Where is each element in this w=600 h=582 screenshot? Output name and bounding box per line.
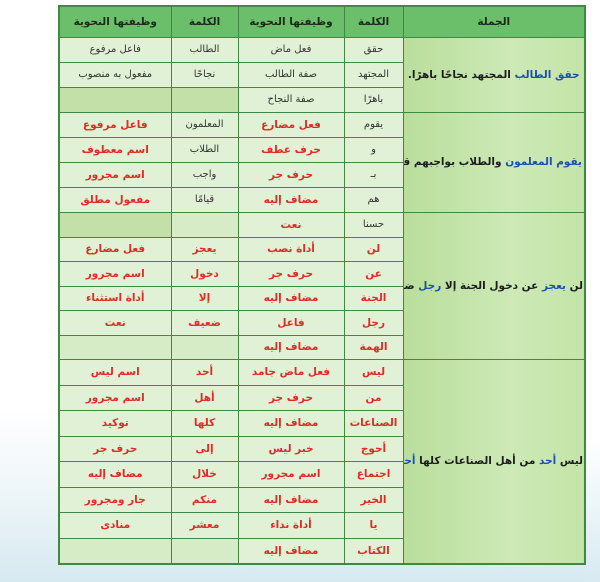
word-cell: باهرًا: [344, 88, 403, 113]
function-cell-2: اسم مجرور: [59, 262, 171, 287]
sentence-highlight: يقوم المعلمون: [505, 156, 582, 168]
function-cell: خبر ليس: [238, 436, 344, 462]
function-cell: مضاف إليه: [238, 487, 344, 513]
function-cell: مضاف إليه: [238, 286, 344, 311]
word-cell-2: خلال: [171, 462, 238, 488]
background-edge: [584, 0, 600, 582]
word-cell: من: [344, 385, 403, 411]
word-cell: الجنة: [344, 286, 403, 311]
empty-cell: [59, 335, 171, 360]
word-cell-2: المعلمون: [171, 113, 238, 138]
word-cell: الكتاب: [344, 538, 403, 564]
word-cell: يا: [344, 513, 403, 539]
function-cell: حرف عطف: [238, 138, 344, 163]
word-cell: أحوج: [344, 436, 403, 462]
empty-cell: [171, 88, 238, 113]
word-cell: الصناعات: [344, 411, 403, 437]
header-sentence: الجملة: [403, 6, 585, 38]
function-cell-2: منادى: [59, 513, 171, 539]
sentence-highlight: أحوج: [403, 455, 416, 467]
sentence-highlight: يعجز: [542, 280, 566, 292]
word-cell-2: ضعيف: [171, 311, 238, 336]
function-cell-2: أداة استثناء: [59, 286, 171, 311]
word-cell-2: منكم: [171, 487, 238, 513]
sentence-highlight: رجل: [418, 280, 441, 292]
sentence-cell-4: ليس أحد من أهل الصناعات كلها أحوج إلى اج…: [403, 360, 585, 565]
word-cell-2: نجاحًا: [171, 63, 238, 88]
sentence-text: لن: [566, 280, 583, 292]
sentence-text: ليس: [556, 455, 583, 467]
sentence-text: عن دخول الجنة إلا: [441, 280, 542, 292]
header-function-2: وظيفتها النحوية: [59, 6, 171, 38]
word-cell-2: دخول: [171, 262, 238, 287]
function-cell: حرف جر: [238, 385, 344, 411]
function-cell: حرف جر: [238, 262, 344, 287]
word-cell: و: [344, 138, 403, 163]
function-cell-2: مضاف إليه: [59, 462, 171, 488]
sentence-highlight: أحد: [539, 455, 556, 467]
function-cell-2: حرف جر: [59, 436, 171, 462]
word-cell-2: واجب: [171, 163, 238, 188]
grammar-analysis-table: الجملة الكلمة وظيفتها النحوية الكلمة وظي…: [58, 5, 586, 565]
function-cell-2: فعل مضارع: [59, 237, 171, 262]
function-cell-2: مفعول به منصوب: [59, 63, 171, 88]
empty-cell: [171, 538, 238, 564]
sentence-text: والطلاب بواجبهم قيامًا حسنًا.: [403, 156, 505, 168]
function-cell-2: اسم مجرور: [59, 163, 171, 188]
function-cell-2: اسم معطوف: [59, 138, 171, 163]
function-cell-2: جار ومجرور: [59, 487, 171, 513]
word-cell: حقق: [344, 38, 403, 63]
header-word-2: الكلمة: [171, 6, 238, 38]
word-cell-2: أحد: [171, 360, 238, 386]
function-cell: فعل ماض جامد: [238, 360, 344, 386]
empty-cell: [171, 335, 238, 360]
function-cell-2: توكيد: [59, 411, 171, 437]
function-cell: مضاف إليه: [238, 411, 344, 437]
word-cell-2: الطالب: [171, 38, 238, 63]
word-cell: اجتماع: [344, 462, 403, 488]
sentence-text: ضعيف الهمة.: [403, 280, 418, 292]
word-cell: الهمة: [344, 335, 403, 360]
function-cell-2: اسم مجرور: [59, 385, 171, 411]
function-cell: حرف جر: [238, 163, 344, 188]
function-cell-2: اسم ليس: [59, 360, 171, 386]
function-cell: فعل مضارع: [238, 113, 344, 138]
function-cell: فاعل: [238, 311, 344, 336]
table-row: حقق الطالب المجتهد نجاحًا باهرًا. حقق فع…: [59, 38, 585, 63]
word-cell-2: الطلاب: [171, 138, 238, 163]
header-function: وظيفتها النحوية: [238, 6, 344, 38]
word-cell: المجتهد: [344, 63, 403, 88]
word-cell-2: إلا: [171, 286, 238, 311]
function-cell: صفة النجاح: [238, 88, 344, 113]
function-cell-2: نعت: [59, 311, 171, 336]
empty-cell: [59, 88, 171, 113]
function-cell: مضاف إليه: [238, 188, 344, 213]
word-cell-2: إلى: [171, 436, 238, 462]
header-row: الجملة الكلمة وظيفتها النحوية الكلمة وظي…: [59, 6, 585, 38]
empty-cell: [59, 213, 171, 238]
table-row: لن يعجز عن دخول الجنة إلا رجل ضعيف الهمة…: [59, 213, 585, 238]
sentence-cell-3: لن يعجز عن دخول الجنة إلا رجل ضعيف الهمة…: [403, 213, 585, 360]
function-cell-2: فاعل مرفوع: [59, 38, 171, 63]
word-cell-2: يعجز: [171, 237, 238, 262]
function-cell: مضاف إليه: [238, 538, 344, 564]
function-cell: فعل ماض: [238, 38, 344, 63]
empty-cell: [59, 538, 171, 564]
function-cell: مضاف إليه: [238, 335, 344, 360]
function-cell: صفة الطالب: [238, 63, 344, 88]
word-cell: بـ: [344, 163, 403, 188]
word-cell: عن: [344, 262, 403, 287]
header-word: الكلمة: [344, 6, 403, 38]
function-cell-2: مفعول مطلق: [59, 188, 171, 213]
word-cell-2: معشر: [171, 513, 238, 539]
sentence-text: المجتهد نجاحًا باهرًا.: [408, 69, 515, 81]
function-cell: أداة نصب: [238, 237, 344, 262]
function-cell: اسم مجرور: [238, 462, 344, 488]
sentence-cell-1: حقق الطالب المجتهد نجاحًا باهرًا.: [403, 38, 585, 113]
word-cell: يقوم: [344, 113, 403, 138]
function-cell: أداة نداء: [238, 513, 344, 539]
word-cell: الخير: [344, 487, 403, 513]
word-cell: حسنا: [344, 213, 403, 238]
empty-cell: [171, 213, 238, 238]
sentence-highlight: حقق الطالب: [515, 69, 580, 81]
word-cell-2: أهل: [171, 385, 238, 411]
word-cell-2: كلها: [171, 411, 238, 437]
function-cell-2: فاعل مرفوع: [59, 113, 171, 138]
word-cell: لن: [344, 237, 403, 262]
sentence-cell-2: يقوم المعلمون والطلاب بواجبهم قيامًا حسن…: [403, 113, 585, 213]
table-row: ليس أحد من أهل الصناعات كلها أحوج إلى اج…: [59, 360, 585, 386]
word-cell-2: قيامًا: [171, 188, 238, 213]
word-cell: هم: [344, 188, 403, 213]
word-cell: رجل: [344, 311, 403, 336]
sentence-text: من أهل الصناعات كلها: [416, 455, 540, 467]
function-cell: نعت: [238, 213, 344, 238]
table-row: يقوم المعلمون والطلاب بواجبهم قيامًا حسن…: [59, 113, 585, 138]
word-cell: ليس: [344, 360, 403, 386]
